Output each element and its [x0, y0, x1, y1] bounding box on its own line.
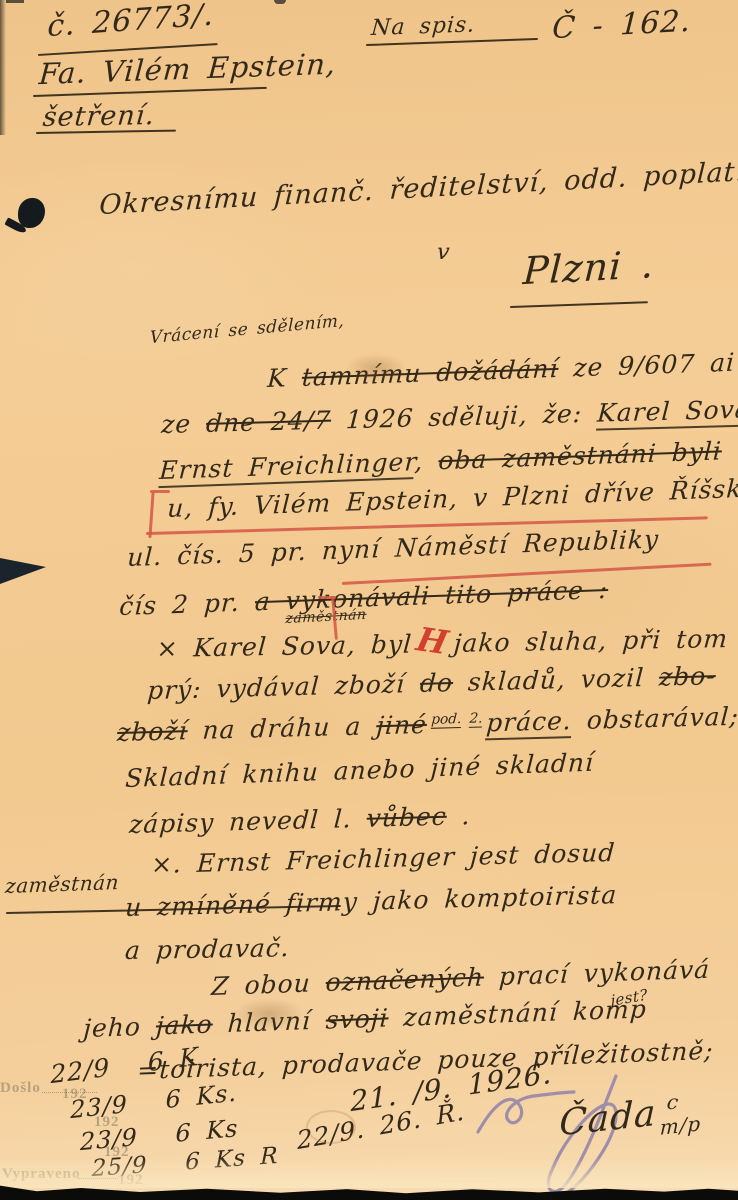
- bottom-paper-edge-highlight: [0, 1158, 738, 1188]
- handwriting-segment: tamnímu dožádání: [301, 354, 559, 392]
- handwriting-segment: K: [267, 363, 303, 393]
- handwriting-segment: prací vykonává: [483, 955, 711, 992]
- handwritten-line: u zmíněné firmy jako komptoirista: [124, 882, 618, 920]
- handwriting-segment: Karel Sova a: [596, 394, 738, 431]
- handwriting-segment: jiné: [375, 710, 427, 740]
- left-edge-shadow: [0, 0, 6, 135]
- firm-line: Fa. Vilém Epstein,: [38, 50, 337, 89]
- handwritten-line: Ernst Freichlinger, oba zaměstnáni byli: [159, 438, 723, 483]
- handwriting-segment: obstarával;: [571, 702, 738, 735]
- handwriting-segment: 2.: [469, 710, 483, 727]
- handwriting-segment: × Karel Sova, byl: [156, 630, 413, 663]
- ledger-date: 22/9: [50, 1053, 111, 1089]
- handwriting-segment: Skladní knihu anebo jiné skladní: [125, 748, 595, 793]
- handwriting-segment: oba zaměstnáni byli: [438, 436, 723, 475]
- stamp-year: 192: [94, 1114, 120, 1131]
- left-edge-tear-mark: [0, 558, 46, 584]
- return-annotation: Vrácení se sdělením,: [150, 313, 345, 347]
- subject-line: šetření.: [42, 102, 157, 131]
- handwritten-line: zboží na dráhu a jinépod.2.práce. obstar…: [116, 704, 738, 745]
- handwriting-segment: Z obou: [211, 968, 327, 1001]
- document-page: č. 26773/. Na spis. Č - 162. Fa. Vilém E…: [0, 0, 738, 1200]
- handwritten-line: ze dne 24/7 1926 sděluji, že: Karel Sova…: [160, 396, 738, 437]
- handwritten-line: K tamnímu dožádání ze 9/607 ai 26: [267, 348, 738, 391]
- handwriting-segment: vůbec: [366, 802, 448, 833]
- signature-name: Čada: [559, 1093, 657, 1145]
- addressee-line: Okresnímu finanč. ředitelství, odd. popl…: [99, 158, 738, 219]
- handwritten-line: jeho jako hlavní svoji zaměstnání komp: [83, 996, 648, 1041]
- handwriting-segment: Ernst Freichlinger: [158, 447, 415, 488]
- handwriting-segment: ze 9/607 ai 26: [558, 346, 738, 383]
- handwriting-segment: čís 2 pr.: [119, 587, 256, 621]
- addressee-preposition: v: [436, 242, 452, 264]
- handwritten-line: prý: vydával zboží do skladů, vozil zbo-: [146, 663, 716, 703]
- top-edge-speck: [274, 0, 286, 4]
- handwritten-line: Skladní knihu anebo jiné skladní: [125, 750, 595, 791]
- file-note: Na spis.: [370, 14, 476, 40]
- handwritten-line: × Karel Sova, bylHjako sluha, při tom: [156, 620, 730, 663]
- handwriting-segment: zápisy nevedl l.: [128, 804, 367, 839]
- handwritten-line: zápisy nevedl l. vůbec .: [128, 803, 471, 837]
- handwriting-segment: práce.: [485, 706, 573, 740]
- handwriting-segment: ,: [414, 446, 439, 476]
- doc-number: Č - 162.: [551, 7, 691, 44]
- handwriting-segment: ze: [160, 409, 207, 439]
- handwriting-segment: zaměstnání komp: [388, 994, 648, 1032]
- ledger-amount: 6 Ks.: [165, 1078, 237, 1114]
- handwriting-segment: prý: vydával zboží: [146, 669, 421, 705]
- handwriting-segment: jako: [155, 1009, 213, 1040]
- handwriting-segment: u zmíněné firmy jako komptoirista: [124, 880, 618, 922]
- handwriting-segment: pod.: [431, 711, 462, 729]
- ledger-amount: 6 Ks: [176, 1114, 239, 1148]
- handwriting-segment: H: [414, 623, 452, 660]
- file-number: č. 26773/.: [47, 0, 215, 42]
- handwriting-segment: ×. Ernst Freichlinger jest dosud: [150, 838, 616, 879]
- stamp-year: 192: [62, 1086, 88, 1103]
- handwriting-segment: na dráhu a: [187, 711, 377, 745]
- handwriting-segment: hlavní: [212, 1006, 327, 1039]
- handwriting-segment: dne 24/7: [205, 406, 332, 438]
- ink-blot: [18, 198, 45, 228]
- handwriting-segment: jako sluha, při tom: [453, 624, 729, 658]
- margin-note: zaměstnán: [5, 872, 120, 896]
- top-edge-speck: [6, 0, 24, 3]
- handwriting-segment: zbo-: [658, 661, 716, 692]
- red-bracket-close-arm: [318, 596, 336, 599]
- red-bracket-open-arm: [150, 490, 170, 493]
- handwriting-segment: 1926 sděluji, že:: [330, 399, 598, 435]
- stamp-doslo: Došlo: [0, 1080, 41, 1097]
- handwriting-segment: zboží: [116, 716, 188, 747]
- handwritten-line: ×. Ernst Freichlinger jest dosud: [150, 840, 616, 877]
- city-underline: [510, 301, 648, 308]
- handwriting-segment: skladů, vozil: [452, 663, 660, 697]
- insert-note: zaměstnán: [285, 608, 367, 626]
- signature-note: m/p: [659, 1111, 701, 1140]
- handwriting-segment: svoji: [325, 1003, 389, 1034]
- handwriting-segment: .: [446, 801, 472, 831]
- handwriting-segment: jeho: [83, 1011, 157, 1043]
- handwriting-segment: označených: [325, 962, 485, 997]
- handwritten-line: a prodavač.: [124, 935, 290, 963]
- addressee-city: Plzni .: [522, 245, 655, 290]
- handwriting-segment: a prodavač.: [124, 933, 291, 965]
- handwriting-segment: do: [419, 668, 454, 698]
